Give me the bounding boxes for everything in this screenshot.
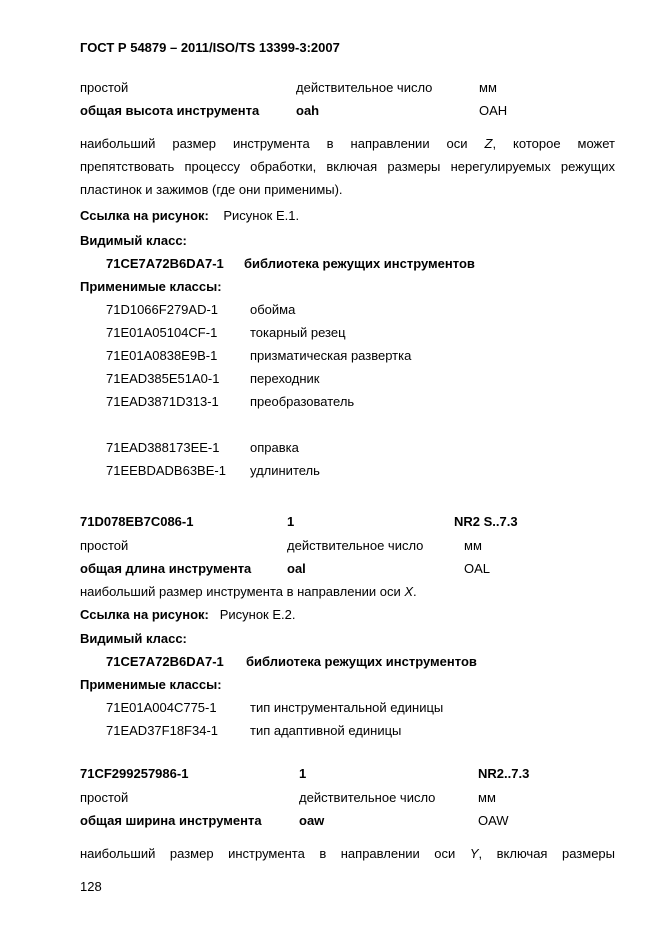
data-type: действительное число [296, 80, 432, 96]
figure-reference-link[interactable]: Рисунок Е.2. [220, 607, 296, 622]
property-description: наибольший размер инструмента в направле… [80, 584, 417, 600]
property-name: общая ширина инструмента [80, 813, 262, 829]
property-name: общая длина инструмента [80, 561, 251, 577]
property-description: наибольший размер инструмента в направле… [80, 846, 615, 869]
property-version: 1 [299, 766, 306, 782]
property-description: наибольший размер инструмента в направле… [80, 136, 615, 205]
property-name: общая высота инструмента [80, 103, 259, 119]
class-name: преобразователь [250, 394, 354, 410]
property-id: 71D078EB7C086-1 [80, 514, 193, 530]
unit: мм [478, 790, 496, 806]
class-name: обойма [250, 302, 295, 318]
property-symbol: oah [296, 103, 319, 119]
property-type: простой [80, 538, 128, 554]
document-header: ГОСТ Р 54879 – 2011/ISO/TS 13399-3:2007 [80, 40, 340, 56]
page-number: 128 [80, 879, 102, 895]
applicable-classes-label: Применимые классы: [80, 677, 222, 693]
class-name: тип инструментальной единицы [250, 700, 443, 716]
figure-reference-link[interactable]: Рисунок Е.1. [223, 208, 299, 223]
class-code: 71EAD385E51A0-1 [106, 371, 219, 387]
property-version: 1 [287, 514, 294, 530]
visible-class-name: библиотека режущих инструментов [244, 256, 475, 272]
figure-reference: Ссылка на рисунок: Рисунок Е.2. [80, 607, 295, 623]
property-type: простой [80, 790, 128, 806]
class-name: удлинитель [250, 463, 320, 479]
class-code: 71E01A004C775-1 [106, 700, 217, 716]
property-code: OAH [479, 103, 507, 119]
property-type: простой [80, 80, 128, 96]
class-code: 71E01A0838E9B-1 [106, 348, 217, 364]
figure-reference: Ссылка на рисунок: Рисунок Е.1. [80, 208, 299, 224]
property-code: OAW [478, 813, 509, 829]
class-name: переходник [250, 371, 319, 387]
class-name: оправка [250, 440, 299, 456]
visible-class-label: Видимый класс: [80, 233, 187, 249]
class-code: 71D1066F279AD-1 [106, 302, 218, 318]
class-name: тип адаптивной единицы [250, 723, 401, 739]
visible-class-name: библиотека режущих инструментов [246, 654, 477, 670]
data-type: действительное число [299, 790, 435, 806]
class-name: призматическая развертка [250, 348, 411, 364]
visible-class-code: 71CE7A72B6DA7-1 [106, 256, 224, 272]
property-symbol: oal [287, 561, 306, 577]
applicable-classes-label: Применимые классы: [80, 279, 222, 295]
class-code: 71EAD37F18F34-1 [106, 723, 218, 739]
class-code: 71EAD3871D313-1 [106, 394, 219, 410]
class-code: 71EAD388173EE-1 [106, 440, 219, 456]
visible-class-label: Видимый класс: [80, 631, 187, 647]
visible-class-code: 71CE7A72B6DA7-1 [106, 654, 224, 670]
property-revision: NR2 S..7.3 [454, 514, 518, 530]
unit: мм [479, 80, 497, 96]
property-code: OAL [464, 561, 490, 577]
property-revision: NR2..7.3 [478, 766, 529, 782]
property-symbol: oaw [299, 813, 324, 829]
class-code: 71EEBDADB63BE-1 [106, 463, 226, 479]
class-name: токарный резец [250, 325, 346, 341]
unit: мм [464, 538, 482, 554]
data-type: действительное число [287, 538, 423, 554]
class-code: 71E01A05104CF-1 [106, 325, 217, 341]
property-id: 71CF299257986-1 [80, 766, 188, 782]
